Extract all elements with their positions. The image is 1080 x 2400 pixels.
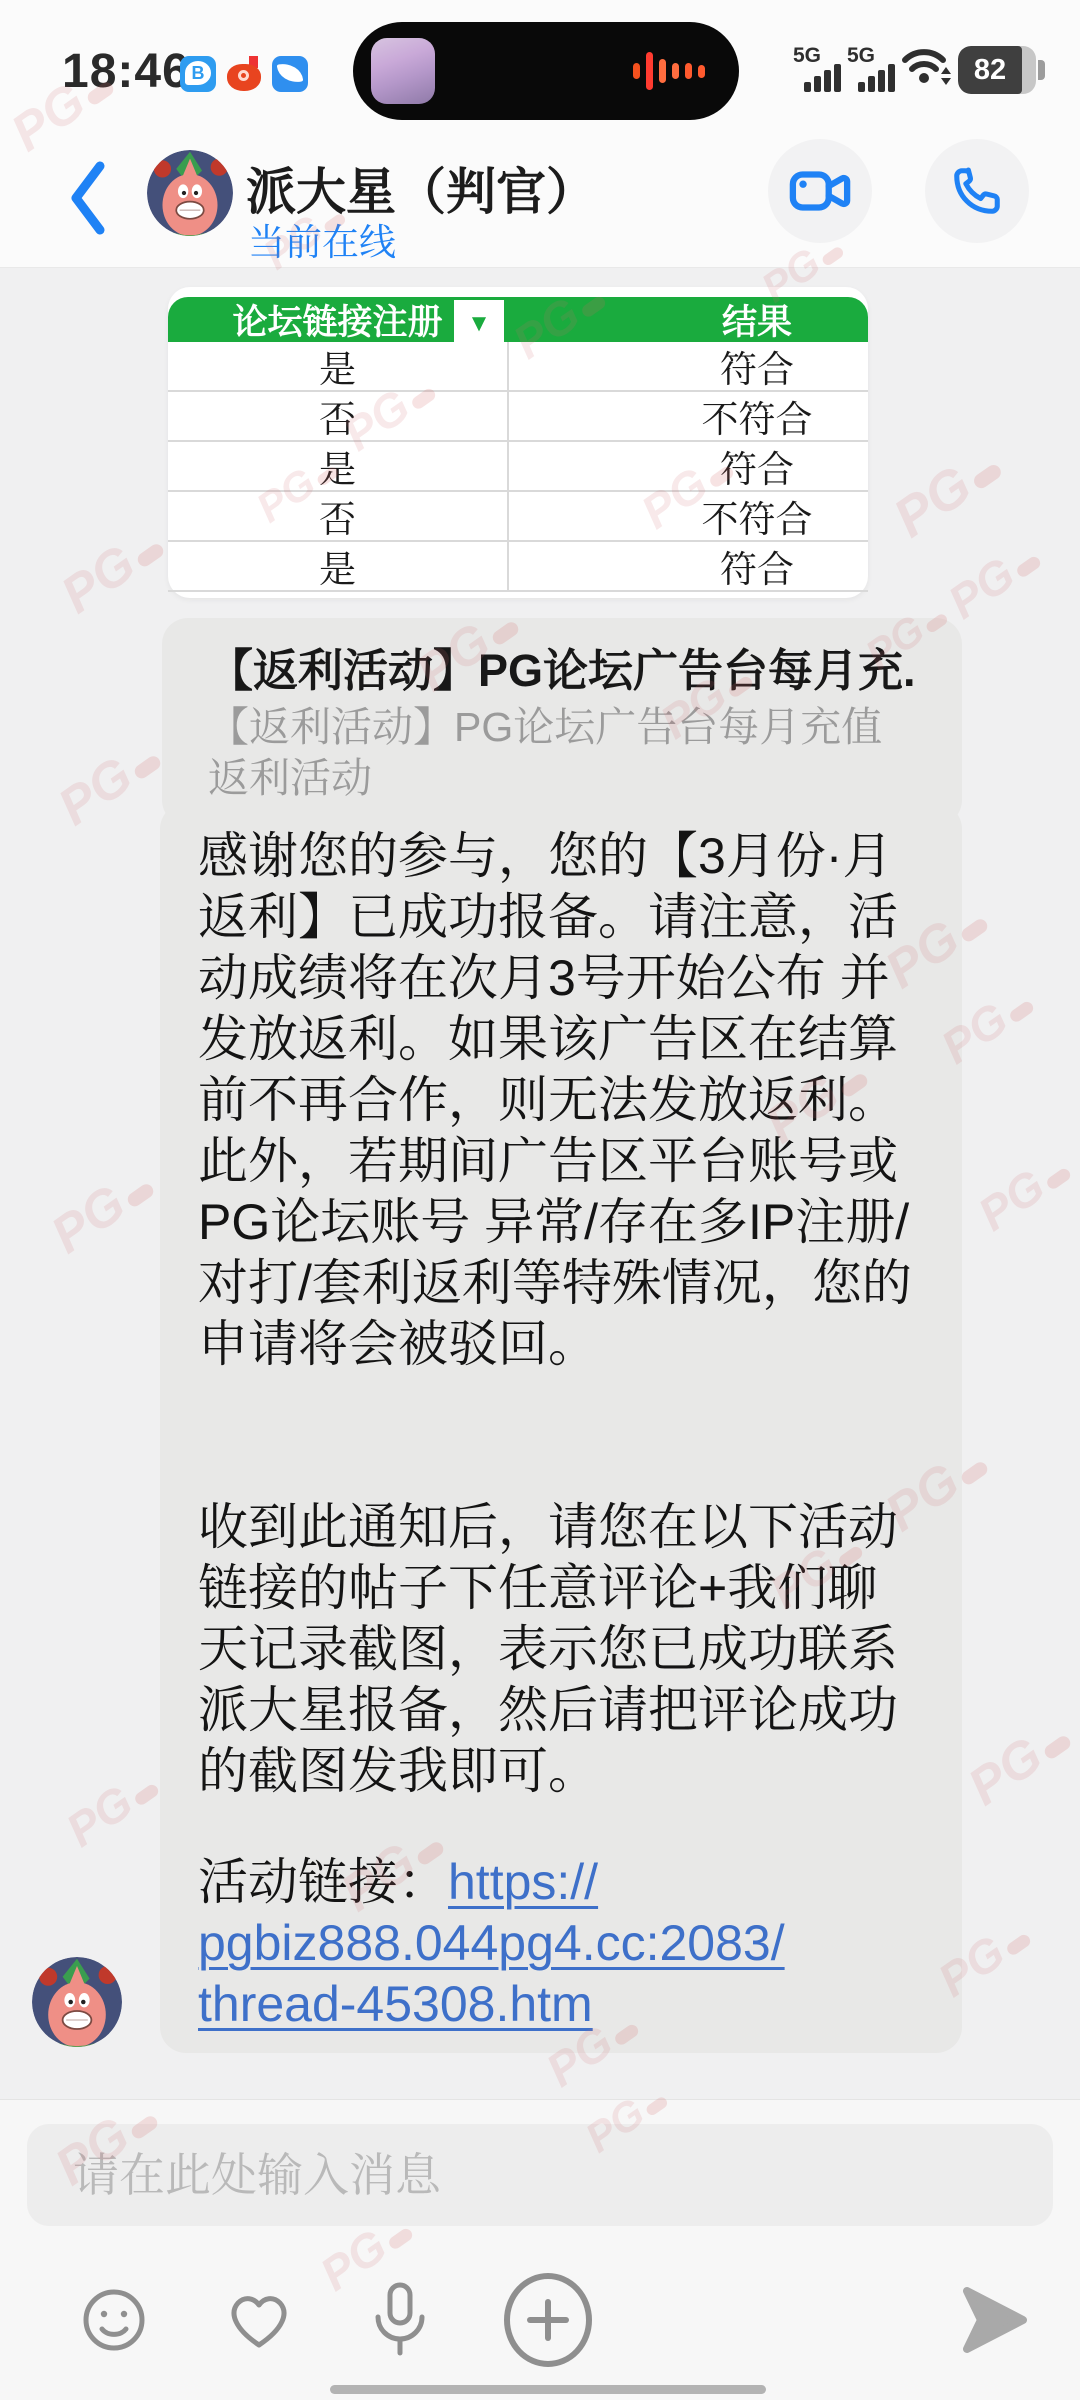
cell: 否 xyxy=(168,392,507,440)
online-status: 当前在线 xyxy=(248,212,396,266)
signal-sim1-icon: 5G xyxy=(793,46,841,92)
favorite-button[interactable] xyxy=(199,2260,319,2380)
cell: 不符合 xyxy=(607,392,907,440)
cell: 符合 xyxy=(607,342,907,390)
contact-avatar[interactable] xyxy=(147,150,233,236)
text-message-bubble: 感谢您的参与，您的【3月份·月返利】已成功报备。请注意，活动成绩将在次月3号开始… xyxy=(160,803,962,2053)
table-row: 是符合 xyxy=(168,542,868,592)
column-filter-dropdown-button[interactable]: ▼ xyxy=(454,300,504,347)
cell: 不符合 xyxy=(607,492,907,540)
video-camera-icon xyxy=(789,167,851,215)
emoji-button[interactable] xyxy=(54,2260,174,2380)
table-row: 否不符合 xyxy=(168,492,868,542)
table-body: 是符合 否不符合 是符合 否不符合 是符合 xyxy=(168,342,868,592)
message-paragraph: 感谢您的参与，您的【3月份·月返利】已成功报备。请注意，活动成绩将在次月3号开始… xyxy=(198,826,926,1375)
tomato-spark xyxy=(238,70,249,81)
battery-nub xyxy=(1038,60,1045,80)
cell: 是 xyxy=(168,542,507,590)
cell: 符合 xyxy=(607,442,907,490)
browser-app-icon xyxy=(272,56,308,92)
sender-avatar[interactable] xyxy=(32,1957,122,2047)
send-button[interactable] xyxy=(930,2260,1060,2380)
notification-app-icons: B xyxy=(180,56,308,92)
cell: 是 xyxy=(168,342,507,390)
link-preview-description: 【返利活动】PG论坛广告台每月充值返利活动 xyxy=(208,702,918,804)
send-arrow-icon xyxy=(959,2283,1031,2357)
link-line: https:// xyxy=(448,1854,598,1910)
link-label: 活动链接： xyxy=(198,1854,448,1910)
clock: 18:46 xyxy=(62,44,190,99)
chat-app-icon: B xyxy=(180,56,216,92)
table-row: 否不符合 xyxy=(168,392,868,442)
table-column-divider xyxy=(507,342,509,592)
signal-sim2-icon: 5G xyxy=(847,46,895,92)
more-attachments-button[interactable] xyxy=(488,2260,608,2380)
wifi-icon xyxy=(900,44,952,92)
browser-leaf xyxy=(277,61,304,84)
message-paragraph: 收到此通知后，请您在以下活动链接的帖子下任意评论+我们聊天记录截图，表示您已成功… xyxy=(198,1497,926,1802)
table-header-col2: 结果 xyxy=(657,297,857,342)
sim2-bars xyxy=(858,64,895,92)
tomato-app-icon xyxy=(226,56,262,92)
dropdown-triangle-icon: ▼ xyxy=(467,312,491,336)
table-header-row: 论坛链接注册 ▼ 结果 xyxy=(168,297,868,342)
cell: 是 xyxy=(168,442,507,490)
video-call-button[interactable] xyxy=(768,139,872,243)
camera-thumbnail xyxy=(371,38,435,104)
voice-message-button[interactable] xyxy=(340,2260,460,2380)
back-button[interactable] xyxy=(58,152,118,244)
message-input[interactable] xyxy=(27,2124,1053,2226)
sim1-bars xyxy=(804,64,841,92)
audio-waveform-icon xyxy=(633,22,705,120)
table-row: 是符合 xyxy=(168,442,868,492)
microphone-icon xyxy=(370,2281,430,2359)
battery-icon: 82 xyxy=(958,46,1036,94)
battery-level: 82 xyxy=(958,46,1022,94)
heart-icon xyxy=(223,2287,295,2353)
smiley-icon xyxy=(81,2287,147,2353)
composer-toolbar xyxy=(0,2260,1080,2380)
cell: 否 xyxy=(168,492,507,540)
chat-app-glyph: B xyxy=(185,61,211,85)
home-indicator[interactable] xyxy=(330,2385,766,2394)
phone-icon xyxy=(950,164,1004,218)
message-paragraph-link: 活动链接：https://pgbiz888.044pg4.cc:2083/thr… xyxy=(198,1852,926,2035)
table-message-card: 论坛链接注册 ▼ 结果 是符合 否不符合 是符合 否不符合 是符合 xyxy=(168,287,868,598)
link-preview-title: 【返利活动】PG论坛广告台每月充... xyxy=(208,644,918,698)
phone-screen: 18:46 B 5G 5G xyxy=(0,0,1080,2400)
link-line: pgbiz888.044pg4.cc:2083/ xyxy=(198,1913,926,1974)
message-composer xyxy=(0,2099,1080,2400)
dynamic-island-recording-pill[interactable] xyxy=(353,22,739,120)
voice-call-button[interactable] xyxy=(925,139,1029,243)
table-row: 是符合 xyxy=(168,342,868,392)
link-preview-message[interactable]: 【返利活动】PG论坛广告台每月充... 【返利活动】PG论坛广告台每月充值返利活… xyxy=(162,618,962,826)
plus-circle-icon xyxy=(503,2273,593,2367)
cell: 符合 xyxy=(607,542,907,590)
top-bar: 18:46 B 5G 5G xyxy=(0,0,1080,268)
link-line: thread-45308.htm xyxy=(198,1974,926,2035)
